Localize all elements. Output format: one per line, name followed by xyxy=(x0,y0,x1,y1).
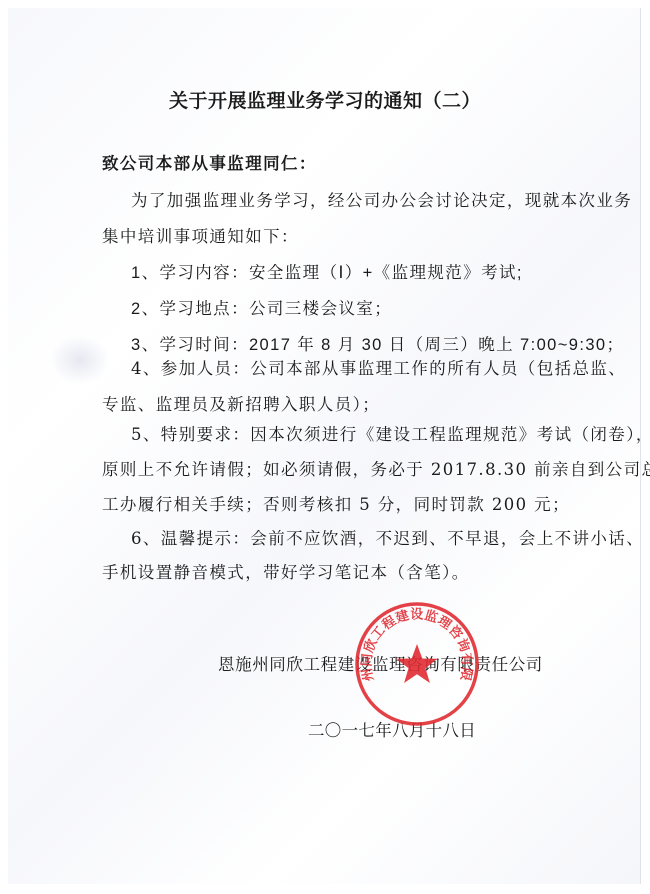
item-4-line-2: 专监、监理员及新招聘入职人员）； xyxy=(102,391,380,415)
item-6-line-1: 6、温馨提示：会前不应饮酒，不迟到、不早退，会上不讲小话、 xyxy=(131,525,644,549)
intro-line-1: 为了加强监理业务学习，经公司办公会讨论决定，现就本次业务 xyxy=(131,187,632,211)
item-3-line-1: 3、学习时间：2017 年 8 月 30 日（周三）晚上 7:00~9:30； xyxy=(131,331,624,355)
item-5-line-3: 工办履行相关手续；否则考核扣 5 分，同时罚款 200 元； xyxy=(102,491,570,515)
item-5-line-2: 原则上不允许请假；如必须请假，务必于 2017.8.30 前亲自到公司总 xyxy=(102,456,650,480)
scan-smudge xyxy=(50,335,110,385)
item-6-line-2: 手机设置静音模式，带好学习笔记本（含笔）。 xyxy=(102,559,470,583)
document-title: 关于开展监理业务学习的通知（二） xyxy=(0,86,650,113)
item-2-line-1: 2、学习地点：公司三楼会议室； xyxy=(131,295,392,319)
item-4-line-1: 4、参加人员：公司本部从事监理工作的所有人员（包括总监、 xyxy=(131,355,626,379)
item-1-line-1: 1、学习内容：安全监理（Ⅰ）+《监理规范》考试; xyxy=(131,259,523,283)
seal-star-icon xyxy=(397,644,438,683)
item-5-line-1: 5、特别要求：因本次须进行《建设工程监理规范》考试（闭卷）， xyxy=(131,421,650,445)
official-seal-icon: 恩施自治州同欣工程建设监理咨询有限责任公司 xyxy=(353,600,481,728)
salutation: 致公司本部从事监理同仁： xyxy=(102,150,317,174)
intro-line-2: 集中培训事项通知如下： xyxy=(102,223,299,247)
document-page xyxy=(8,8,641,884)
